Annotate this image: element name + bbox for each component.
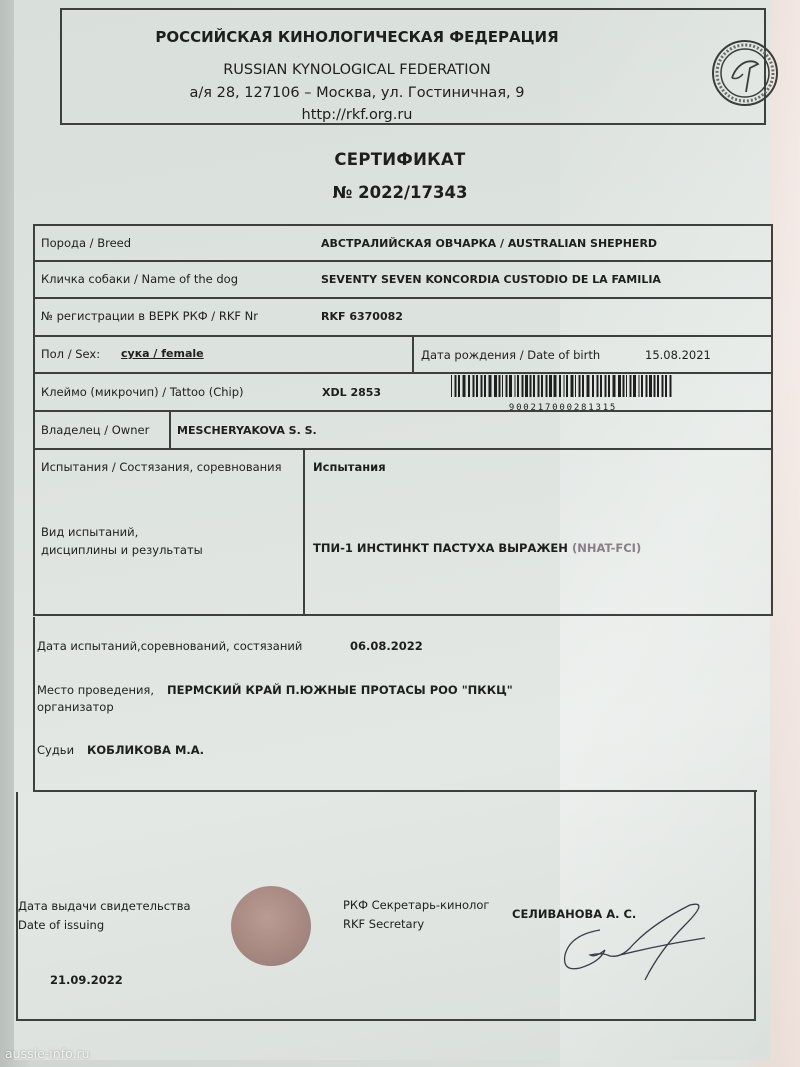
event-place-value: ПЕРМСКИЙ КРАЙ П.ЮЖНЫЕ ПРОТАСЫ РОО "ПККЦ" [167, 683, 513, 697]
row-sex-dob: Пол / Sex: сука / female Дата рождения /… [35, 337, 771, 374]
watermark: aussie-info.ru [5, 1046, 90, 1061]
dob-value: 15.08.2021 [645, 348, 711, 362]
dog-name-label: Кличка собаки / Name of the dog [41, 272, 238, 286]
sex-value: сука / female [121, 347, 204, 360]
tattoo-value: XDL 2853 [322, 386, 381, 399]
chip-barcode-icon [451, 375, 673, 397]
event-place-label-2: организатор [37, 700, 114, 714]
header-box: РОССИЙСКАЯ КИНОЛОГИЧЕСКАЯ ФЕДЕРАЦИЯ RUSS… [60, 8, 766, 125]
event-section: Дата испытаний,соревнований, состязаний … [33, 617, 757, 792]
breed-value: АВСТРАЛИЙСКАЯ ОВЧАРКА / AUSTRALIAN SHEPH… [321, 237, 657, 250]
issue-date-label-ru: Дата выдачи свидетельства [18, 899, 191, 913]
official-seal-icon [231, 886, 311, 966]
event-date-label: Дата испытаний,соревнований, состязаний [37, 639, 302, 653]
trial-result-main: ТПИ-1 ИНСТИНКТ ПАСТУХА ВЫРАЖЕН [313, 541, 568, 555]
breed-label: Порода / Breed [41, 236, 131, 250]
org-name-ru: РОССИЙСКАЯ КИНОЛОГИЧЕСКАЯ ФЕДЕРАЦИЯ [62, 28, 652, 46]
trials-header-value: Испытания [313, 460, 386, 474]
org-name-en: RUSSIAN KYNOLOGICAL FEDERATION [62, 62, 652, 78]
row-trials: Испытания / Состязания, соревнования Исп… [35, 450, 771, 616]
issue-date-value: 21.09.2022 [50, 973, 123, 987]
owner-label: Владелец / Owner [41, 423, 149, 437]
tattoo-label: Клеймо (микрочип) / Tattoo (Chip) [41, 385, 244, 399]
trial-result-code: (NHAT-FCI) [572, 541, 641, 555]
rkf-dog-emblem-icon [710, 38, 780, 108]
org-address: а/я 28, 127106 – Москва, ул. Гостиничная… [62, 85, 652, 101]
secretary-label-ru: РКФ Секретарь-кинолог [343, 898, 489, 912]
event-date-value: 06.08.2022 [350, 639, 423, 653]
event-place-label-1: Место проведения, [37, 683, 154, 697]
signature-icon [560, 900, 720, 990]
trials-divider [303, 450, 305, 614]
trials-type-label-2: дисциплины и результаты [41, 543, 203, 557]
certificate-title: СЕРТИФИКАТ [0, 150, 800, 169]
rkf-nr-label: № регистрации в ВЕРК РКФ / RKF Nr [41, 309, 258, 323]
row-owner: Владелец / Owner MESCHERYAKOVA S. S. [35, 412, 771, 450]
trial-result: ТПИ-1 ИНСТИНКТ ПАСТУХА ВЫРАЖЕН (NHAT-FCI… [313, 541, 641, 555]
trials-header-label: Испытания / Состязания, соревнования [41, 460, 282, 474]
dog-name-value: SEVENTY SEVEN KONCORDIA CUSTODIO DE LA F… [321, 273, 661, 286]
sex-dob-divider [412, 337, 414, 372]
dob-label: Дата рождения / Date of birth [421, 348, 600, 362]
issue-date-label-en: Date of issuing [18, 918, 104, 932]
secretary-label-en: RKF Secretary [343, 917, 424, 931]
certificate-number: № 2022/17343 [0, 183, 800, 202]
owner-divider [169, 412, 171, 448]
owner-value: MESCHERYAKOVA S. S. [177, 424, 317, 437]
row-dog-name: Кличка собаки / Name of the dog SEVENTY … [35, 262, 771, 299]
trials-type-label-1: Вид испытаний, [41, 525, 138, 539]
judges-value: КОБЛИКОВА М.А. [87, 743, 204, 757]
judges-label: Судьи [37, 743, 74, 757]
rkf-nr-value: RKF 6370082 [321, 310, 403, 323]
org-url: http://rkf.org.ru [62, 107, 652, 123]
row-rkf-nr: № регистрации в ВЕРК РКФ / RKF Nr RKF 63… [35, 299, 771, 337]
chip-number: 900217000281315 [452, 403, 674, 413]
sex-label: Пол / Sex: [41, 347, 100, 361]
info-table: Порода / Breed АВСТРАЛИЙСКАЯ ОВЧАРКА / A… [33, 224, 773, 616]
row-breed: Порода / Breed АВСТРАЛИЙСКАЯ ОВЧАРКА / A… [35, 226, 771, 262]
